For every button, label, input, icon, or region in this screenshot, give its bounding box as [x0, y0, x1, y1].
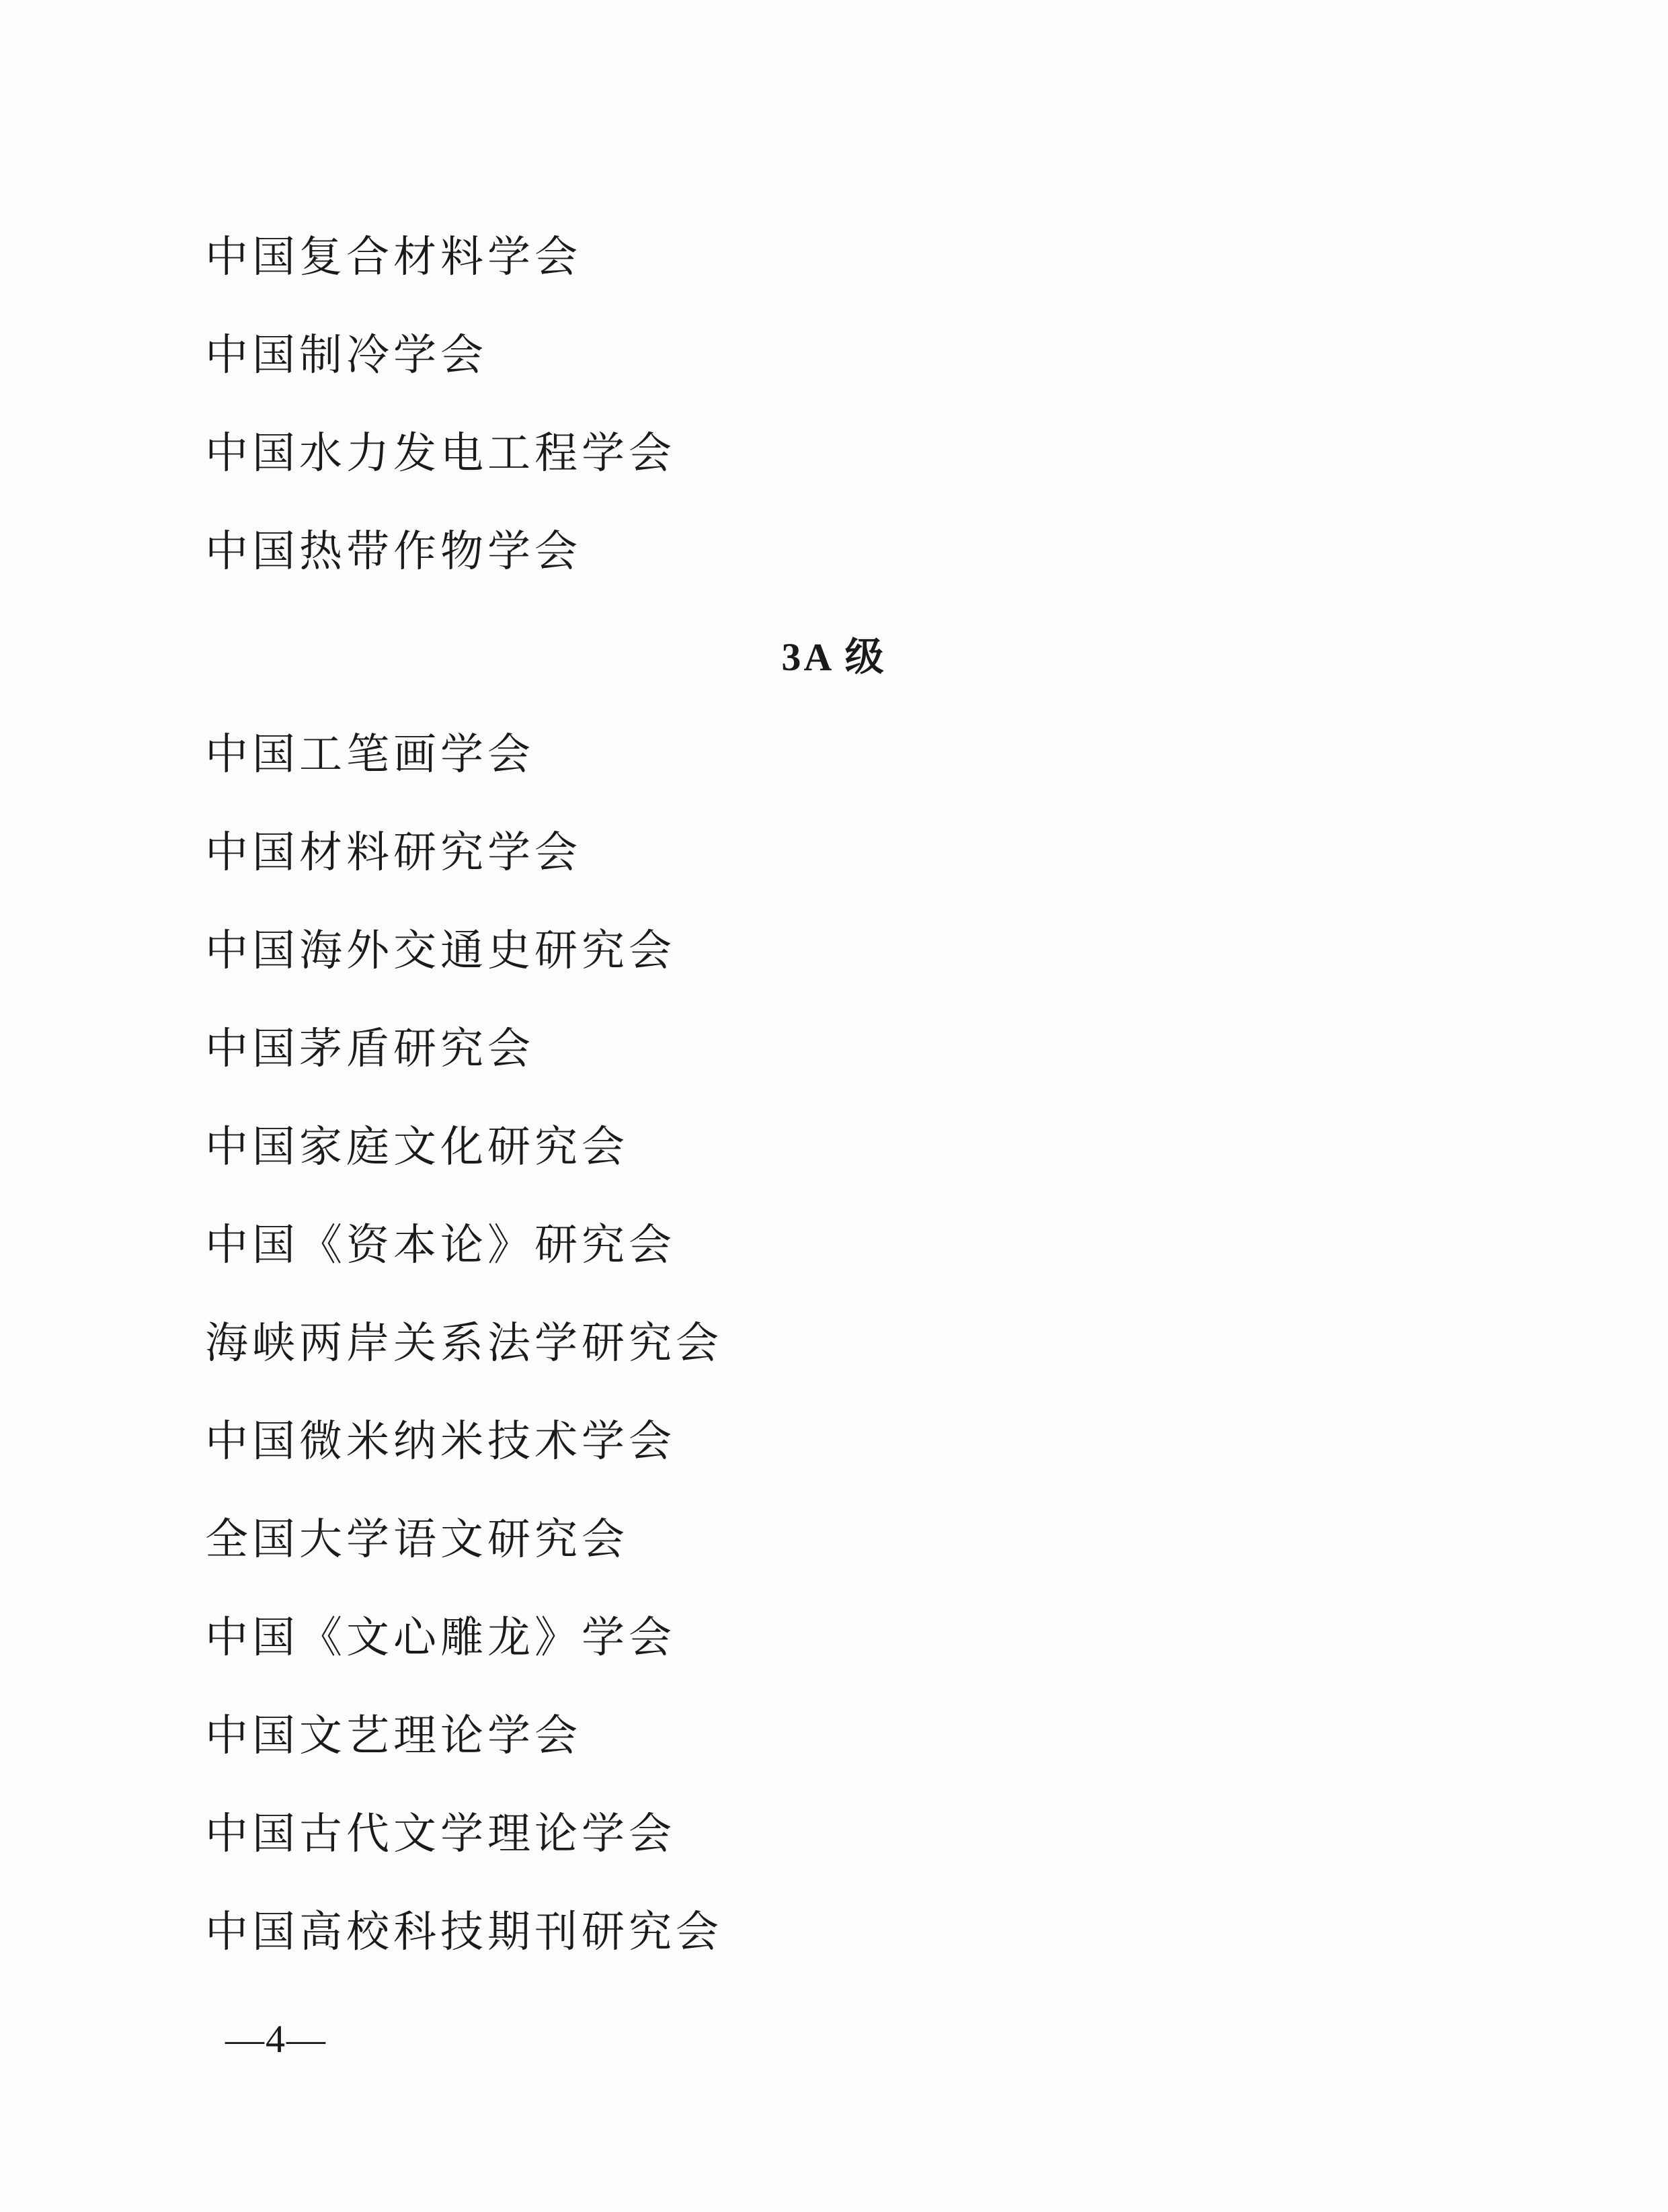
list-item: 中国复合材料学会 — [205, 208, 676, 306]
list-item: 中国制冷学会 — [205, 306, 676, 405]
list-item: 中国海外交通史研究会 — [205, 902, 723, 1000]
list-item: 中国热带作物学会 — [205, 503, 676, 601]
list-item: 中国《资本论》研究会 — [205, 1196, 723, 1295]
list-item: 中国高校科技期刊研究会 — [205, 1883, 723, 1981]
page-number: —4— — [225, 2016, 327, 2061]
list-item: 中国文艺理论学会 — [205, 1687, 723, 1785]
section-heading-3a: 3A 级 — [0, 625, 1668, 682]
list-item: 中国《文心雕龙》学会 — [205, 1589, 723, 1687]
list-item: 中国古代文学理论学会 — [205, 1785, 723, 1883]
document-page: 中国复合材料学会 中国制冷学会 中国水力发电工程学会 中国热带作物学会 3A 级… — [0, 0, 1668, 2212]
list-item: 中国家庭文化研究会 — [205, 1098, 723, 1196]
list-item: 全国大学语文研究会 — [205, 1491, 723, 1589]
list-item: 中国茅盾研究会 — [205, 1000, 723, 1098]
list-item: 中国水力发电工程学会 — [205, 405, 676, 503]
list-item: 中国工笔画学会 — [205, 706, 723, 804]
organization-list-3a: 中国工笔画学会 中国材料研究学会 中国海外交通史研究会 中国茅盾研究会 中国家庭… — [205, 706, 723, 1981]
list-item: 海峡两岸关系法学研究会 — [205, 1295, 723, 1393]
list-item: 中国微米纳米技术学会 — [205, 1393, 723, 1491]
list-item: 中国材料研究学会 — [205, 804, 723, 902]
organization-list-top: 中国复合材料学会 中国制冷学会 中国水力发电工程学会 中国热带作物学会 — [205, 208, 676, 601]
